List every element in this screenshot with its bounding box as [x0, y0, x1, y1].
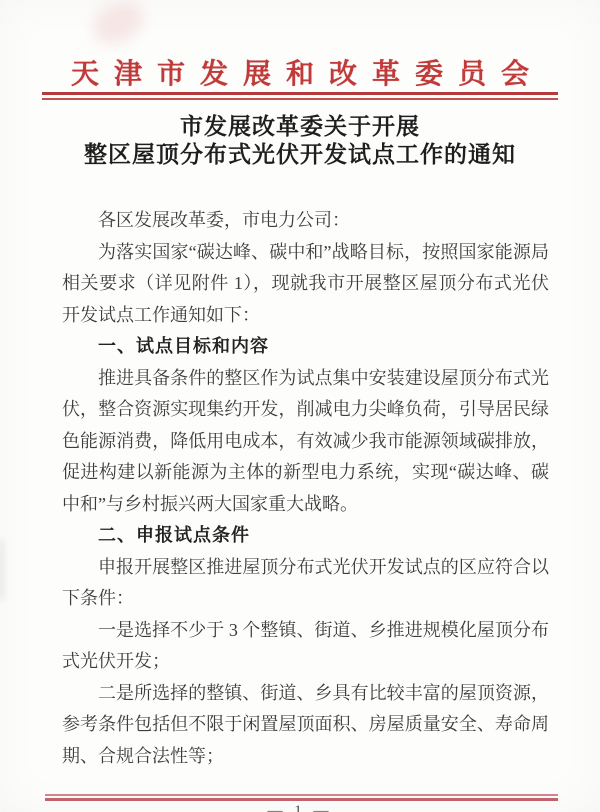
letterhead-rule-thin: [42, 98, 558, 100]
section-heading-1: 一、试点目标和内容: [62, 331, 549, 363]
footer-rule-thin: [45, 794, 558, 796]
document-title-line2: 整区屋顶分布式光伏开发试点工作的通知: [30, 141, 570, 169]
paragraph: 为落实国家“碳达峰、碳中和”战略目标，按照国家能源局相关要求（详见附件 1），现…: [62, 237, 549, 332]
section-heading-2: 二、申报试点条件: [62, 520, 549, 552]
document-body: 各区发展改革委，市电力公司： 为落实国家“碳达峰、碳中和”战略目标，按照国家能源…: [62, 205, 549, 772]
footer-rule-thick: [45, 798, 558, 801]
salutation: 各区发展改革委，市电力公司：: [62, 205, 549, 237]
paragraph: 一是选择不少于 3 个整镇、街道、乡推进规模化屋顶分布式光伏开发；: [62, 615, 549, 678]
letterhead-agency: 天津市发展和改革委员会: [0, 52, 600, 92]
letterhead-rule-thick: [42, 92, 558, 95]
page-number: — 1 —: [0, 803, 600, 812]
document-page: 天津市发展和改革委员会 市发展改革委关于开展 整区屋顶分布式光伏开发试点工作的通…: [0, 0, 600, 812]
scan-artifact-smudge: [86, 0, 150, 52]
paragraph: 申报开展整区推进屋顶分布式光伏开发试点的区应符合以下条件：: [62, 552, 549, 615]
paragraph: 二是所选择的整镇、街道、乡具有比较丰富的屋顶资源，参考条件包括但不限于闲置屋顶面…: [62, 678, 549, 773]
scan-artifact-smudge: [0, 540, 5, 600]
paragraph: 推进具备条件的整区作为试点集中安装建设屋顶分布式光伏，整合资源实现集约开发，削减…: [62, 363, 549, 521]
document-title: 市发展改革委关于开展 整区屋顶分布式光伏开发试点工作的通知: [30, 113, 570, 169]
document-title-line1: 市发展改革委关于开展: [30, 113, 570, 141]
